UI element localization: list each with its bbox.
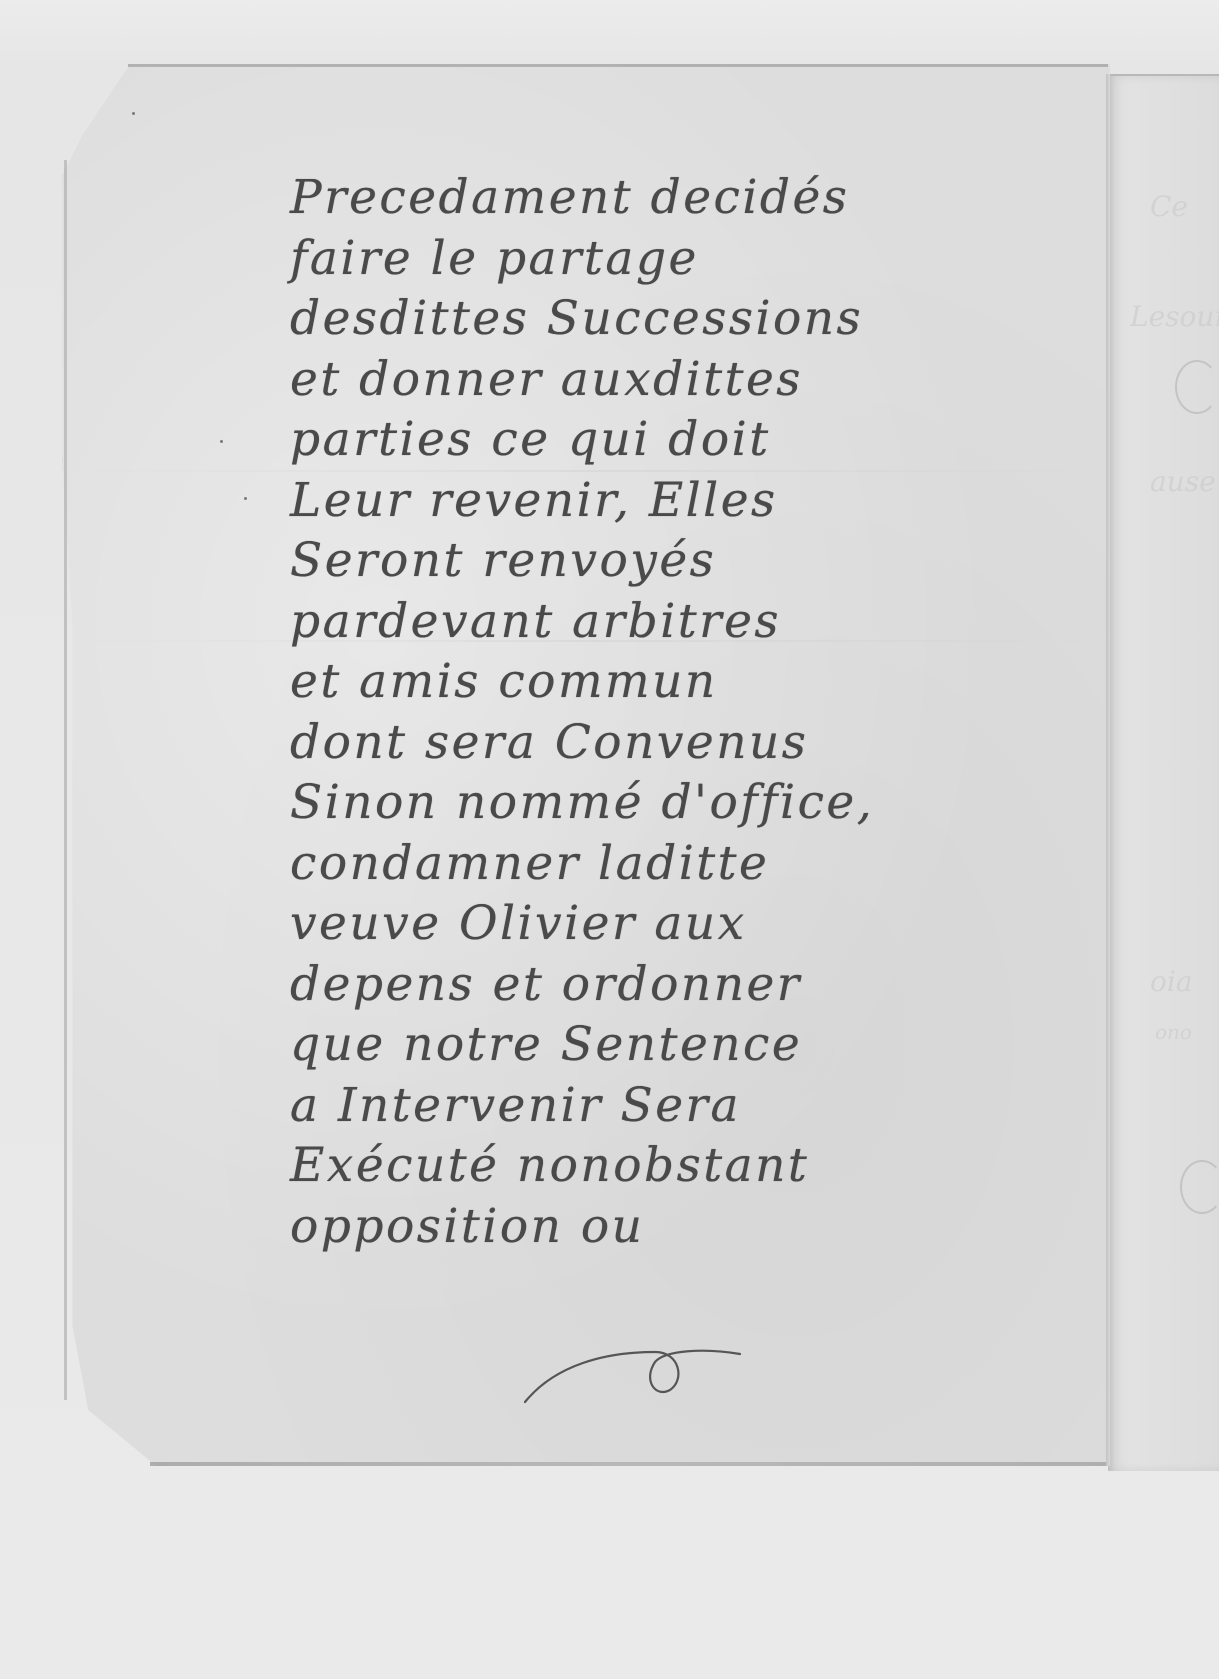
manuscript-line: a Intervenir Sera [290, 1076, 1090, 1137]
sheet-bottom-edge [150, 1462, 1110, 1466]
manuscript-line: desdittes Successions [290, 289, 1090, 350]
bleed-through-text: ono [1155, 1020, 1192, 1044]
bleed-through-text: oia [1150, 965, 1193, 998]
facing-page [1108, 74, 1219, 1471]
manuscript-line: Leur revenir, Elles [290, 471, 1090, 532]
bleed-through-text: ause [1150, 465, 1216, 498]
facing-page-ink-ghost [1175, 360, 1219, 414]
manuscript-line: Sinon nommé d'office, [290, 773, 1090, 834]
manuscript-line: Precedament decidés [290, 168, 1090, 229]
manuscript-line: dont sera Convenus [290, 713, 1090, 774]
manuscript-line: faire le partage [290, 229, 1090, 290]
manuscript-line: veuve Olivier aux [290, 894, 1090, 955]
paper-speck [244, 497, 247, 500]
manuscript-line: Exécuté nonobstant [290, 1136, 1090, 1197]
manuscript-line: condamner laditte [290, 834, 1090, 895]
manuscript-line: que notre Sentence [290, 1015, 1090, 1076]
sheet-left-edge [64, 160, 67, 1400]
manuscript-line: depens et ordonner [290, 955, 1090, 1016]
manuscript-line: pardevant arbitres [290, 592, 1090, 653]
page-fold [1106, 74, 1110, 1466]
closing-flourish-icon [515, 1340, 745, 1410]
bleed-through-text: Ce [1150, 190, 1188, 223]
bleed-through-text: Lesour [1130, 300, 1219, 333]
manuscript-line: parties ce qui doit [290, 410, 1090, 471]
paper-speck [132, 112, 135, 115]
manuscript-text: Precedament decidés faire le partage des… [290, 168, 1090, 1257]
manuscript-line: et amis commun [290, 652, 1090, 713]
manuscript-line: Seront renvoyés [290, 531, 1090, 592]
sheet-top-edge [128, 64, 1108, 67]
paper-speck [220, 440, 223, 443]
facing-page-ink-ghost [1180, 1160, 1219, 1214]
manuscript-line: et donner auxdittes [290, 350, 1090, 411]
manuscript-line: opposition ou [290, 1197, 1090, 1258]
